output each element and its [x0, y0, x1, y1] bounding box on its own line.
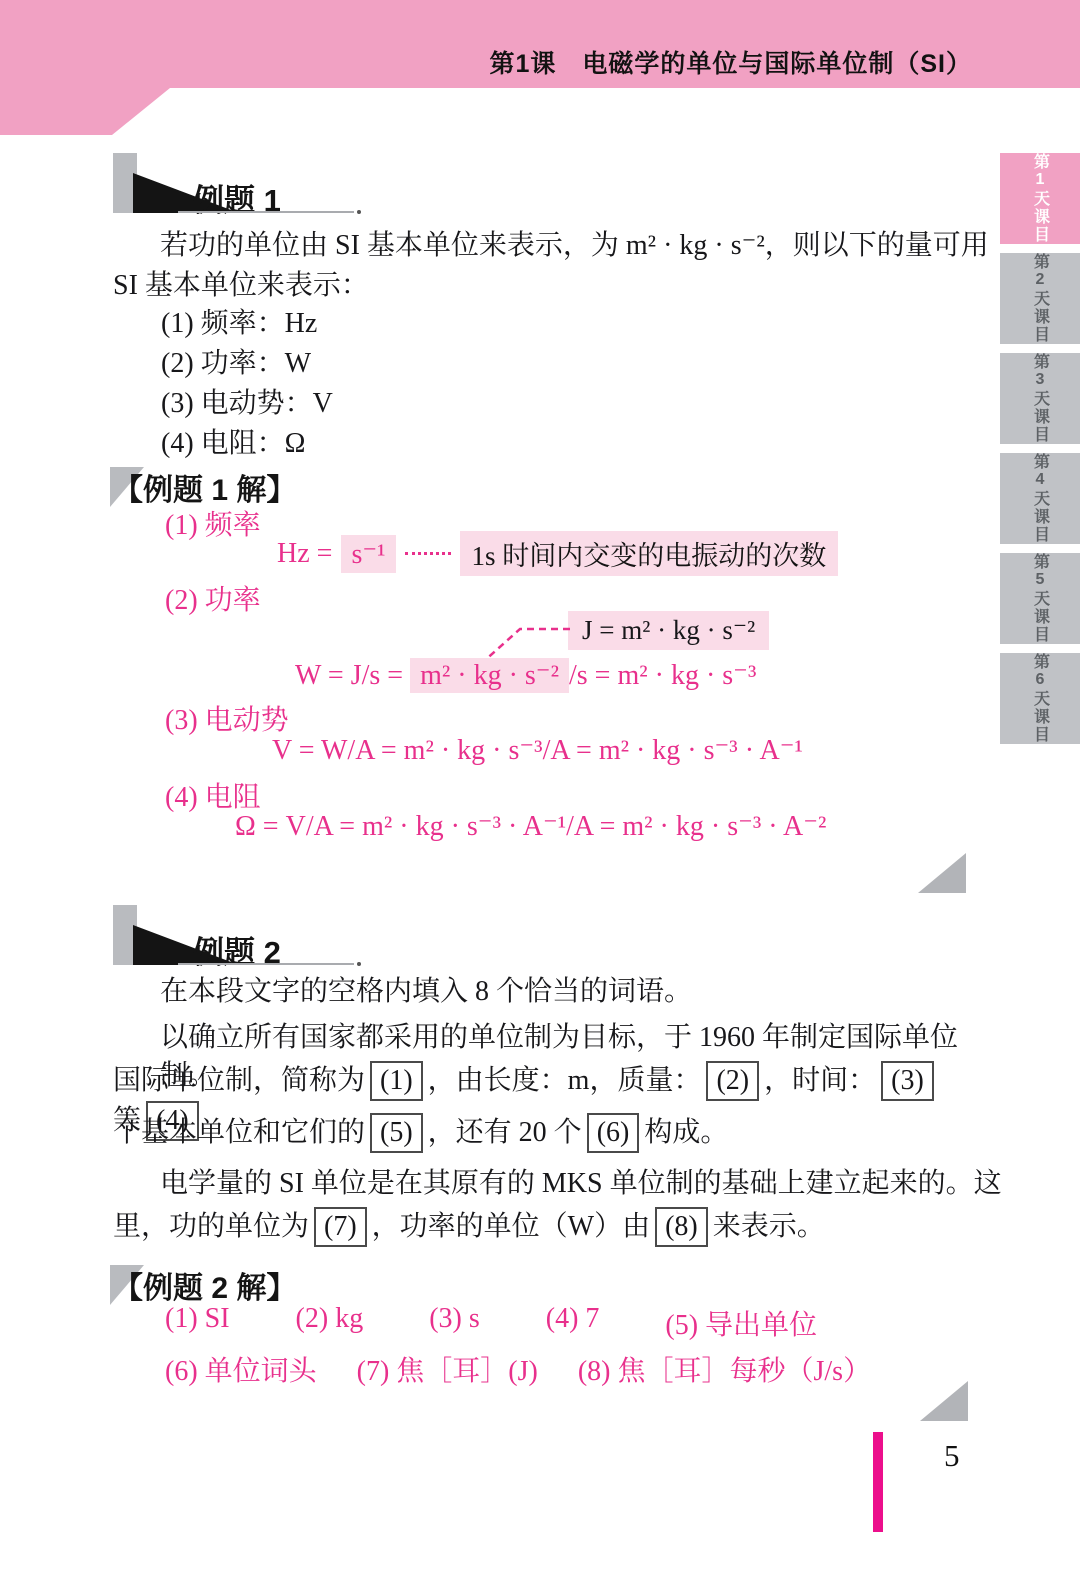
- ohm-formula: Ω = V/A = m² · kg · s⁻³ · A⁻¹/A = m² · k…: [235, 809, 826, 843]
- hz-unit-highlight: s⁻¹: [341, 535, 395, 573]
- watt-formula-post: /s = m² · kg · s⁻³: [569, 660, 756, 691]
- section-end-triangle-icon: [918, 853, 966, 893]
- example1-item-1: (1) 频率：Hz: [113, 305, 317, 343]
- answer-8: (8) 焦［耳］每秒（J/s）: [578, 1349, 871, 1389]
- answer-2: (2) kg: [296, 1303, 364, 1343]
- example1-item-3: (3) 电动势：V: [113, 385, 333, 423]
- blank-5: (5): [370, 1113, 423, 1153]
- tab-day-5[interactable]: 第5天课目: [1000, 553, 1080, 644]
- solution2-title: 【例题 2 解】: [113, 1272, 296, 1305]
- text-run: ，功率的单位（W）由: [372, 1211, 650, 1242]
- example1-item-4: (4) 电阻：Ω: [113, 425, 305, 463]
- solution2-heading: 【例题 2 解】: [113, 1263, 296, 1307]
- page-number: 5: [944, 1438, 960, 1474]
- answer-3: (3) s: [429, 1303, 480, 1343]
- solution2-answers-row2: (6) 单位词头 (7) 焦［耳］(J) (8) 焦［耳］每秒（J/s）: [165, 1349, 871, 1389]
- text-run: 构成。: [644, 1117, 728, 1148]
- blank-7: (7): [314, 1207, 367, 1247]
- volt-formula: V = W/A = m² · kg · s⁻³/A = m² · kg · s⁻…: [272, 733, 803, 767]
- example2-p3-line2: 里，功的单位为(7)，功率的单位（W）由(8)来表示。: [113, 1207, 965, 1247]
- page-content: 例题 1 若功的单位由 SI 基本单位来表示，为 m² · kg · s⁻²，则…: [113, 153, 965, 1443]
- tab-day-3[interactable]: 第3天课目: [1000, 353, 1080, 444]
- watt-formula-pre: W = J/s =: [295, 660, 403, 691]
- example2-p3-line1: 电学量的 SI 单位是在其原有的 MKS 单位制的基础上建立起来的。这: [113, 1165, 1012, 1203]
- blank-3: (3): [881, 1061, 934, 1101]
- blank-6: (6): [587, 1113, 640, 1153]
- text-run: 来表示。: [713, 1211, 825, 1242]
- answer-4: (4) 7: [546, 1303, 600, 1343]
- joule-callout-box: J = m² · kg · s⁻²: [568, 611, 769, 650]
- section-end-triangle-icon: [920, 1381, 968, 1421]
- text-run: 里，功的单位为: [113, 1211, 309, 1242]
- blank-2: (2): [706, 1061, 759, 1101]
- example2-heading: 例题 2: [113, 905, 513, 969]
- heading-underline: [178, 963, 354, 965]
- example1-heading: 例题 1: [113, 153, 513, 217]
- tab-day-4[interactable]: 第4天课目: [1000, 453, 1080, 544]
- text-run: 个基本单位和它们的: [113, 1117, 365, 1148]
- solution2-answers-row1: (1) SI (2) kg (3) s (4) 7 (5) 导出单位: [165, 1303, 817, 1343]
- watt-formula: W = J/s = m² · kg · s⁻²/s = m² · kg · s⁻…: [295, 658, 756, 692]
- example1-intro-line2: SI 基本单位来表示：: [113, 267, 369, 305]
- example1-item-2: (2) 功率：W: [113, 345, 311, 383]
- footer-accent-bar: [873, 1432, 883, 1532]
- solution1-sub1: (1) 频率: [165, 503, 261, 543]
- tab-day-2[interactable]: 第2天课目: [1000, 253, 1080, 344]
- text-run: ，由长度：m，质量：: [428, 1065, 702, 1096]
- example1-title: 例题 1: [193, 175, 281, 220]
- example1-intro-line1: 若功的单位由 SI 基本单位来表示，为 m² · kg · s⁻²，则以下的量可…: [113, 227, 1012, 265]
- text-run: ，时间：: [764, 1065, 876, 1096]
- hz-note-box: 1s 时间内交变的电振动的次数: [460, 531, 839, 576]
- hz-lhs: Hz =: [277, 538, 332, 570]
- tab-day-6[interactable]: 第6天课目: [1000, 653, 1080, 744]
- tab-day-1[interactable]: 第1天课目: [1000, 153, 1080, 244]
- watt-formula-highlight: m² · kg · s⁻²: [410, 658, 569, 693]
- answer-5: (5) 导出单位: [665, 1303, 817, 1343]
- example2-p2-line3: 个基本单位和它们的(5)，还有 20 个(6)构成。: [113, 1113, 965, 1153]
- hz-formula-row: Hz = s⁻¹ 1s 时间内交变的电振动的次数: [277, 531, 838, 576]
- answer-6: (6) 单位词头: [165, 1349, 317, 1389]
- answer-7: (7) 焦［耳］(J): [357, 1349, 538, 1389]
- text-run: ，还有 20 个: [428, 1117, 582, 1148]
- text-run: 国际单位制，简称为: [113, 1065, 365, 1096]
- answer-1: (1) SI: [165, 1303, 230, 1343]
- example2-title: 例题 2: [193, 927, 281, 972]
- solution1-heading: 【例题 1 解】: [113, 465, 296, 509]
- book-page: 第1课 电磁学的单位与国际单位制（SI） 第1天课目 第2天课目 第3天课目 第…: [0, 0, 1080, 1592]
- heading-underline: [178, 211, 354, 213]
- example2-p1: 在本段文字的空格内填入 8 个恰当的词语。: [113, 973, 692, 1011]
- blank-8: (8): [655, 1207, 708, 1247]
- day-tabs: 第1天课目 第2天课目 第3天课目 第4天课目 第5天课目 第6天课目: [1000, 153, 1080, 744]
- solution1-title: 【例题 1 解】: [113, 474, 296, 507]
- dotted-connector: [405, 552, 451, 555]
- solution1-sub3: (3) 电动势: [165, 698, 289, 738]
- blank-1: (1): [370, 1061, 423, 1101]
- chapter-title: 第1课 电磁学的单位与国际单位制（SI）: [489, 44, 972, 80]
